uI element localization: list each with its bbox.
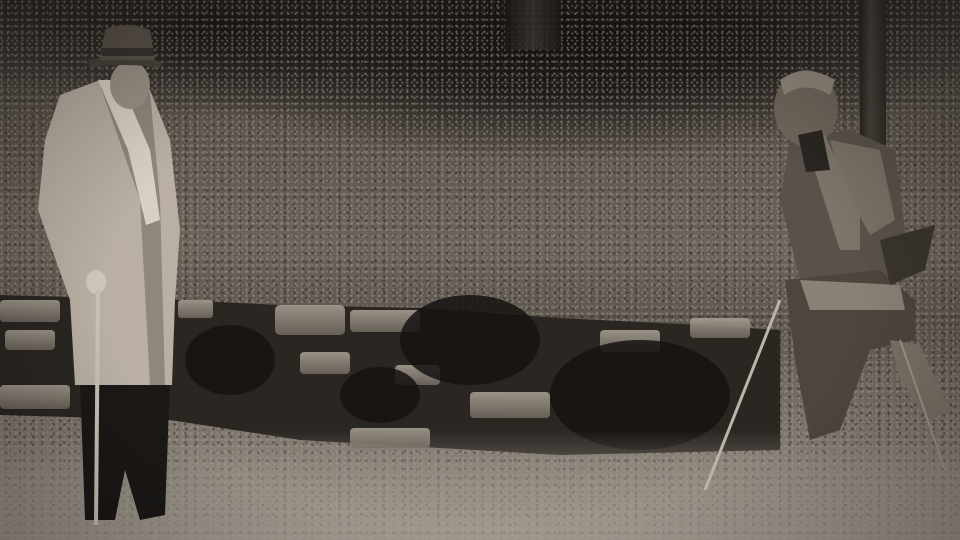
statue-cane	[705, 300, 780, 490]
photograph: An elderly man in a fedora hat, long lig…	[0, 0, 960, 540]
seated-statue	[0, 0, 960, 540]
